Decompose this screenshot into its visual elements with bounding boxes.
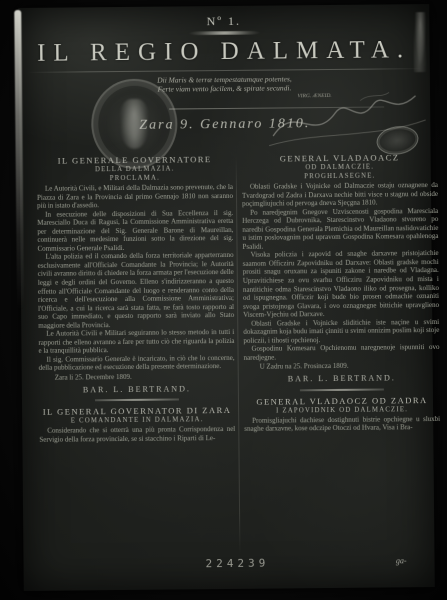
right-paragraph: Visoka policzia i zapovid od snaghe darx… [243,249,440,319]
ornament-rule [188,31,260,36]
right-signature: BAR. L. BERTRAND. [244,374,440,384]
right-paragraph: Oblasti Gradske i Vojnicke sliditichie i… [243,318,439,346]
left-dateline: Zara li 25. Decembre 1809. [39,372,235,382]
photo-background: Nº 1. IL REGIO DALMATA. Dii Maris & terr… [0,0,447,600]
right-section2-paragraph: Promisgliajuchi dachiese dostighnuti bis… [244,415,440,434]
left-paragraph: Le Autorità Civili e Militari seguiranno… [38,328,234,356]
inventory-stamp-number: 224239 [205,557,269,571]
right-heading-line-1: GENERAL VLADAOACZ [242,152,438,164]
right-paragraph: Po naredjegnim Gnegove Uzviscenosti gosp… [242,207,438,252]
left-paragraph: Il sig. Commissario Generale è incaricat… [39,354,235,373]
section-divider-rule [300,388,384,391]
title-rule [27,68,421,73]
left-paragraph: In esecuzione delle disposizioni di Sua … [37,209,233,254]
left-column-italian: IL GENERALE GOVERNATORE DELLA DALMAZIA. … [37,154,236,444]
left-section2-paragraph: Considerando che si otterrà una più pron… [39,425,235,444]
right-column-croatian: GENERAL VLADAOACZ OD DALMACZIE. PROGHLAS… [242,152,441,434]
right-paragraph: Gospodinu Komesaru Opchienomu naregnenoj… [243,343,439,362]
seal-eagle-figure [119,99,149,149]
right-paragraph: Oblasti Gradske i Vojnicke od Dalmaczie … [242,181,438,209]
left-section2-heading-1: IL GENERAL GOVERNATOR DI ZARA [39,405,235,417]
right-section2-heading-1: GENERAL VLADAOCZ OD ZADRA [244,395,440,407]
signature-flourish [265,82,431,154]
section-divider-rule [95,399,179,402]
newspaper-page: Nº 1. IL REGIO DALMATA. Dii Maris & terr… [18,4,435,591]
newspaper-title: IL REGIO DALMATA. [19,36,430,68]
left-signature: BAR. L. BERTRAND. [39,385,235,395]
left-paragraph: Le Autorità Civili, e Militari della Dal… [37,183,233,211]
right-dateline: U Zadru na 25. Prosincza 1809. [244,361,440,371]
left-paragraph: L'alta polizia ed il comando della forza… [38,251,235,330]
left-heading-line-1: IL GENERALE GOVERNATORE [37,154,233,166]
catchword: ga- [396,556,407,565]
issue-number: Nº 1. [18,12,429,31]
column-divider [236,156,241,554]
